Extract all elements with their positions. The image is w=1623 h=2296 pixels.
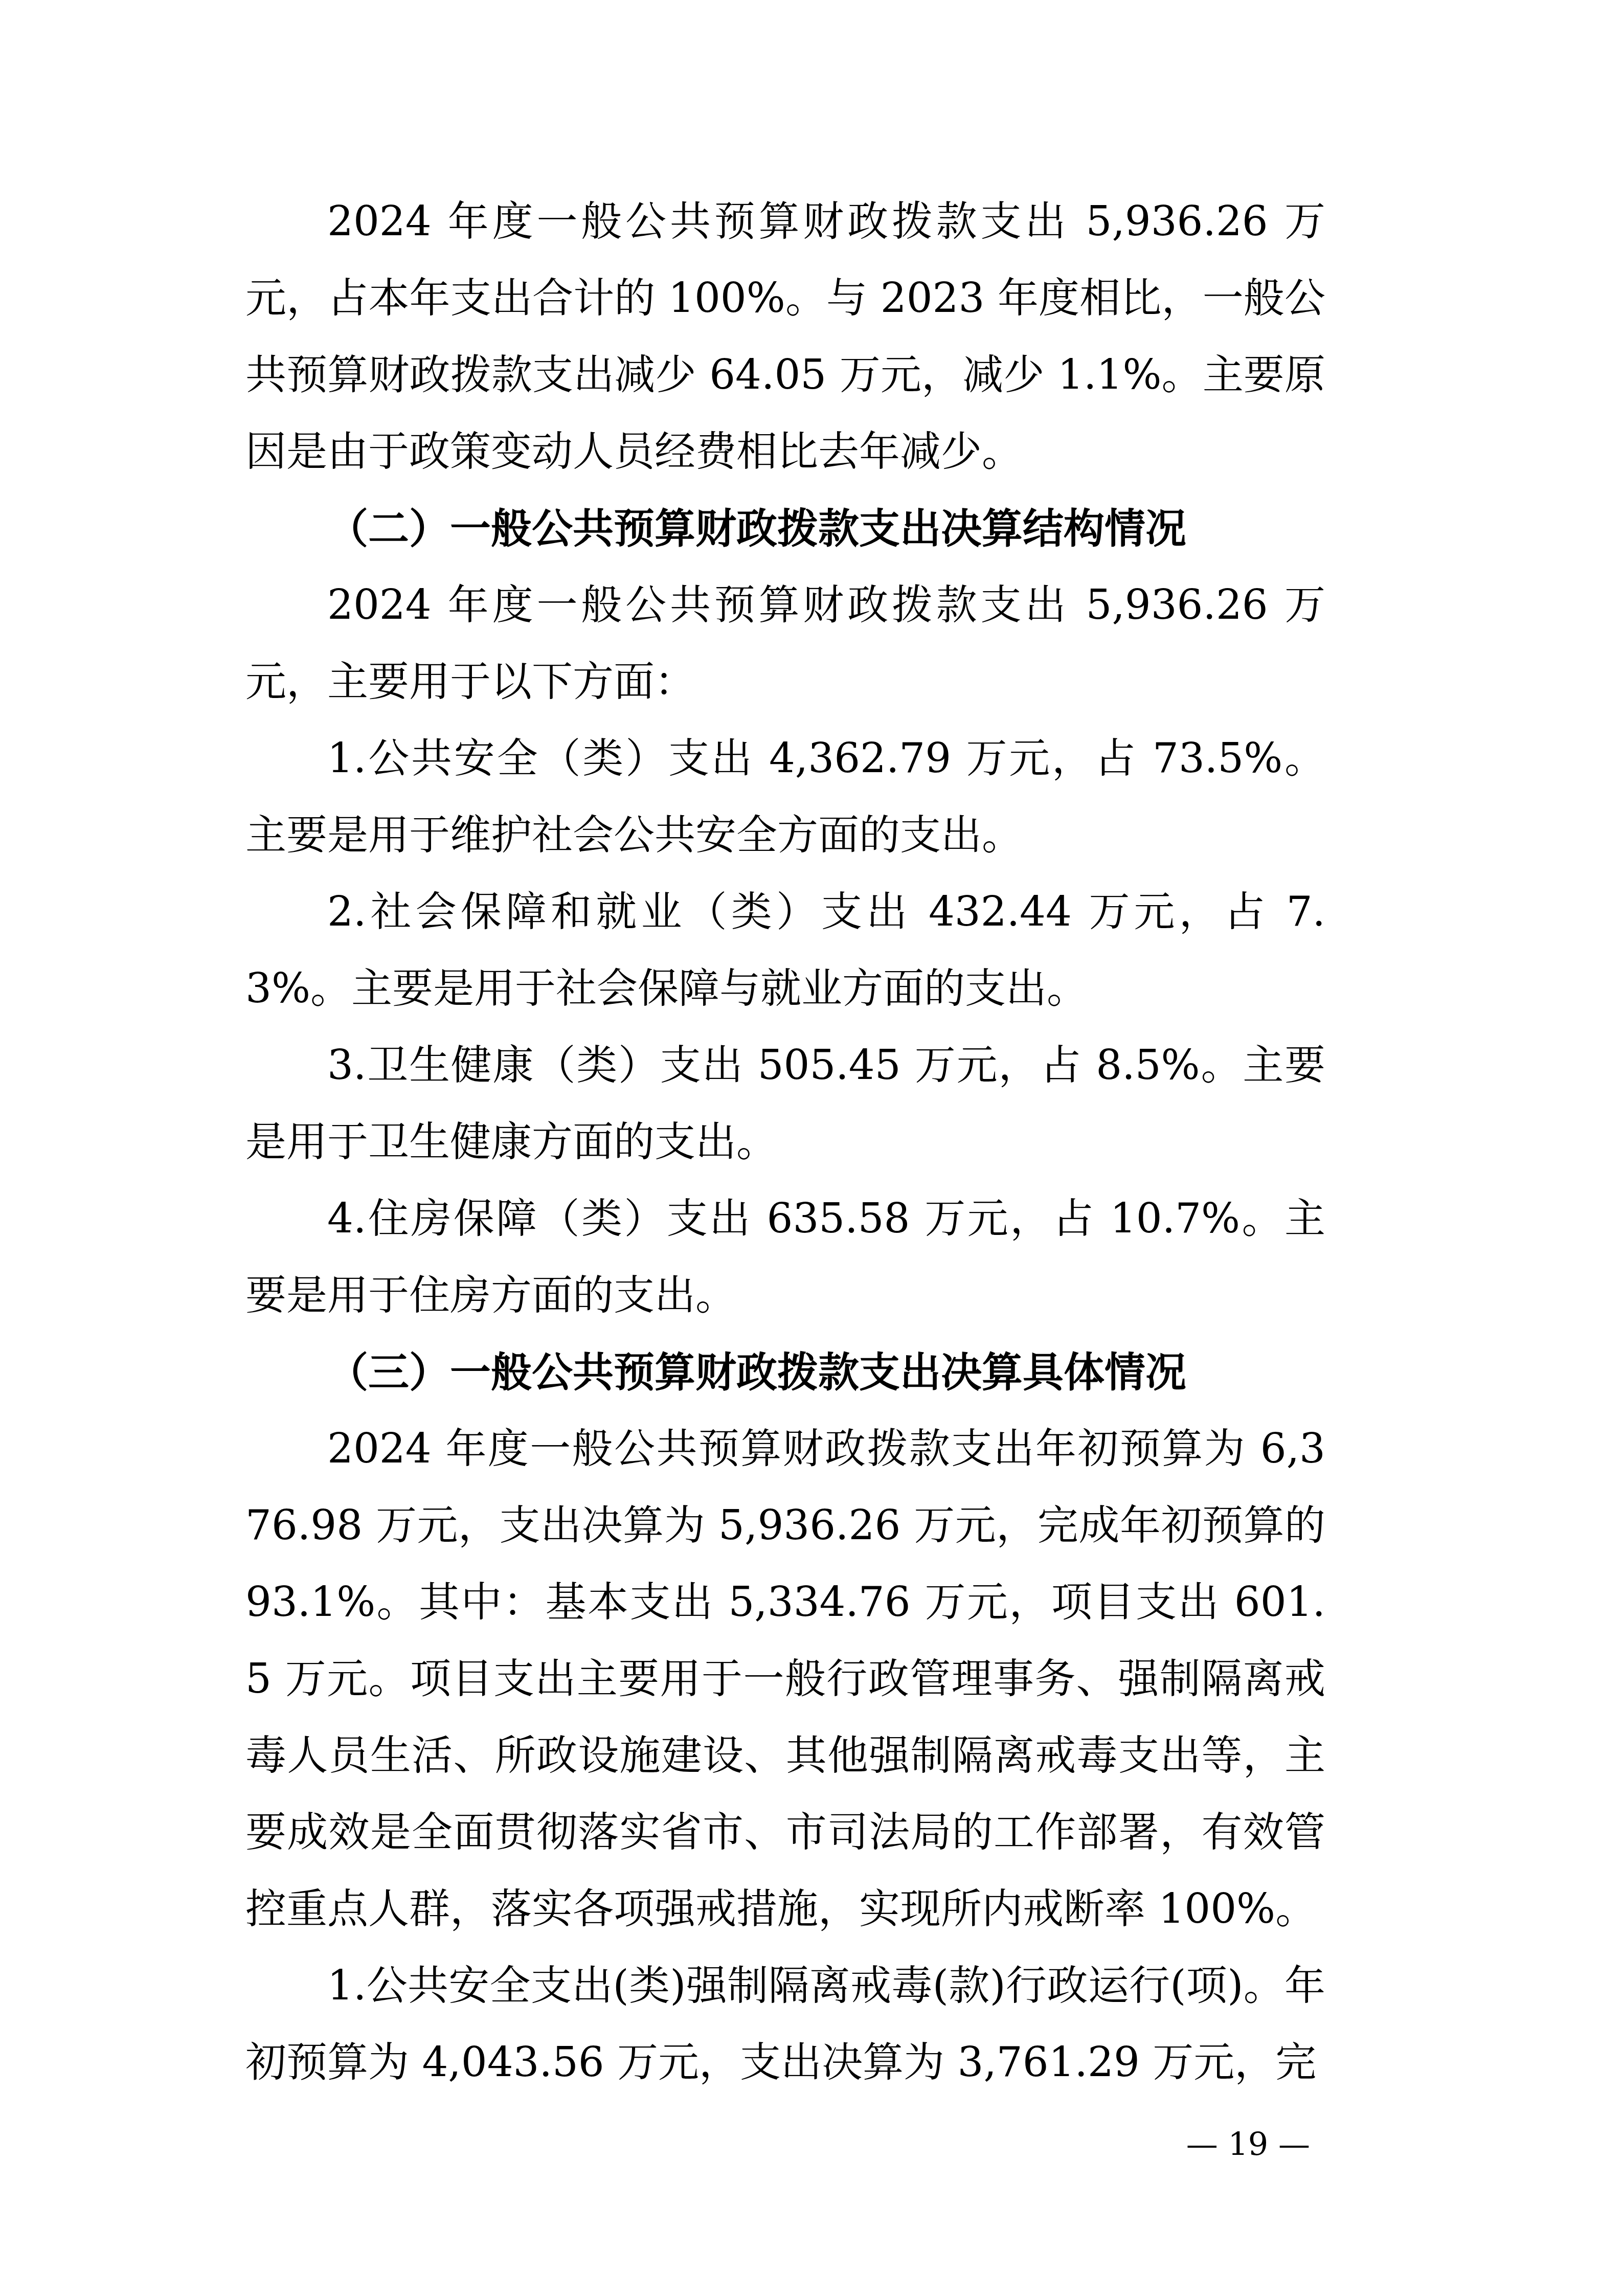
- section-heading-structure: （二）一般公共预算财政拨款支出决算结构情况: [245, 490, 1325, 567]
- body-paragraph-fiscal-expenditure-summary: 2024 年度一般公共预算财政拨款支出 5,936.26 万元，占本年支出合计的…: [245, 183, 1325, 490]
- body-paragraph-structure-intro: 2024 年度一般公共预算财政拨款支出 5,936.26 万元，主要用于以下方面…: [245, 567, 1325, 720]
- document-page: 2024 年度一般公共预算财政拨款支出 5,936.26 万元，占本年支出合计的…: [0, 0, 1623, 2296]
- body-paragraph-item-2-social-security: 2.社会保障和就业（类）支出 432.44 万元，占 7.3%。主要是用于社会保…: [245, 873, 1325, 1027]
- page-number: — 19 —: [245, 2121, 1310, 2167]
- body-paragraph-item-4-housing: 4.住房保障（类）支出 635.58 万元，占 10.7%。主要是用于住房方面的…: [245, 1180, 1325, 1334]
- body-paragraph-detail-item-1: 1.公共安全支出(类)强制隔离戒毒(款)行政运行(项)。年初预算为 4,043.…: [245, 1947, 1325, 2101]
- body-paragraph-item-3-health: 3.卫生健康（类）支出 505.45 万元，占 8.5%。主要是用于卫生健康方面…: [245, 1027, 1325, 1180]
- document-body: 2024 年度一般公共预算财政拨款支出 5,936.26 万元，占本年支出合计的…: [245, 183, 1325, 2101]
- body-paragraph-details-overview: 2024 年度一般公共预算财政拨款支出年初预算为 6,376.98 万元，支出决…: [245, 1410, 1325, 1947]
- body-paragraph-item-1-public-safety: 1.公共安全（类）支出 4,362.79 万元，占 73.5%。主要是用于维护社…: [245, 720, 1325, 873]
- section-heading-details: （三）一般公共预算财政拨款支出决算具体情况: [245, 1334, 1325, 1410]
